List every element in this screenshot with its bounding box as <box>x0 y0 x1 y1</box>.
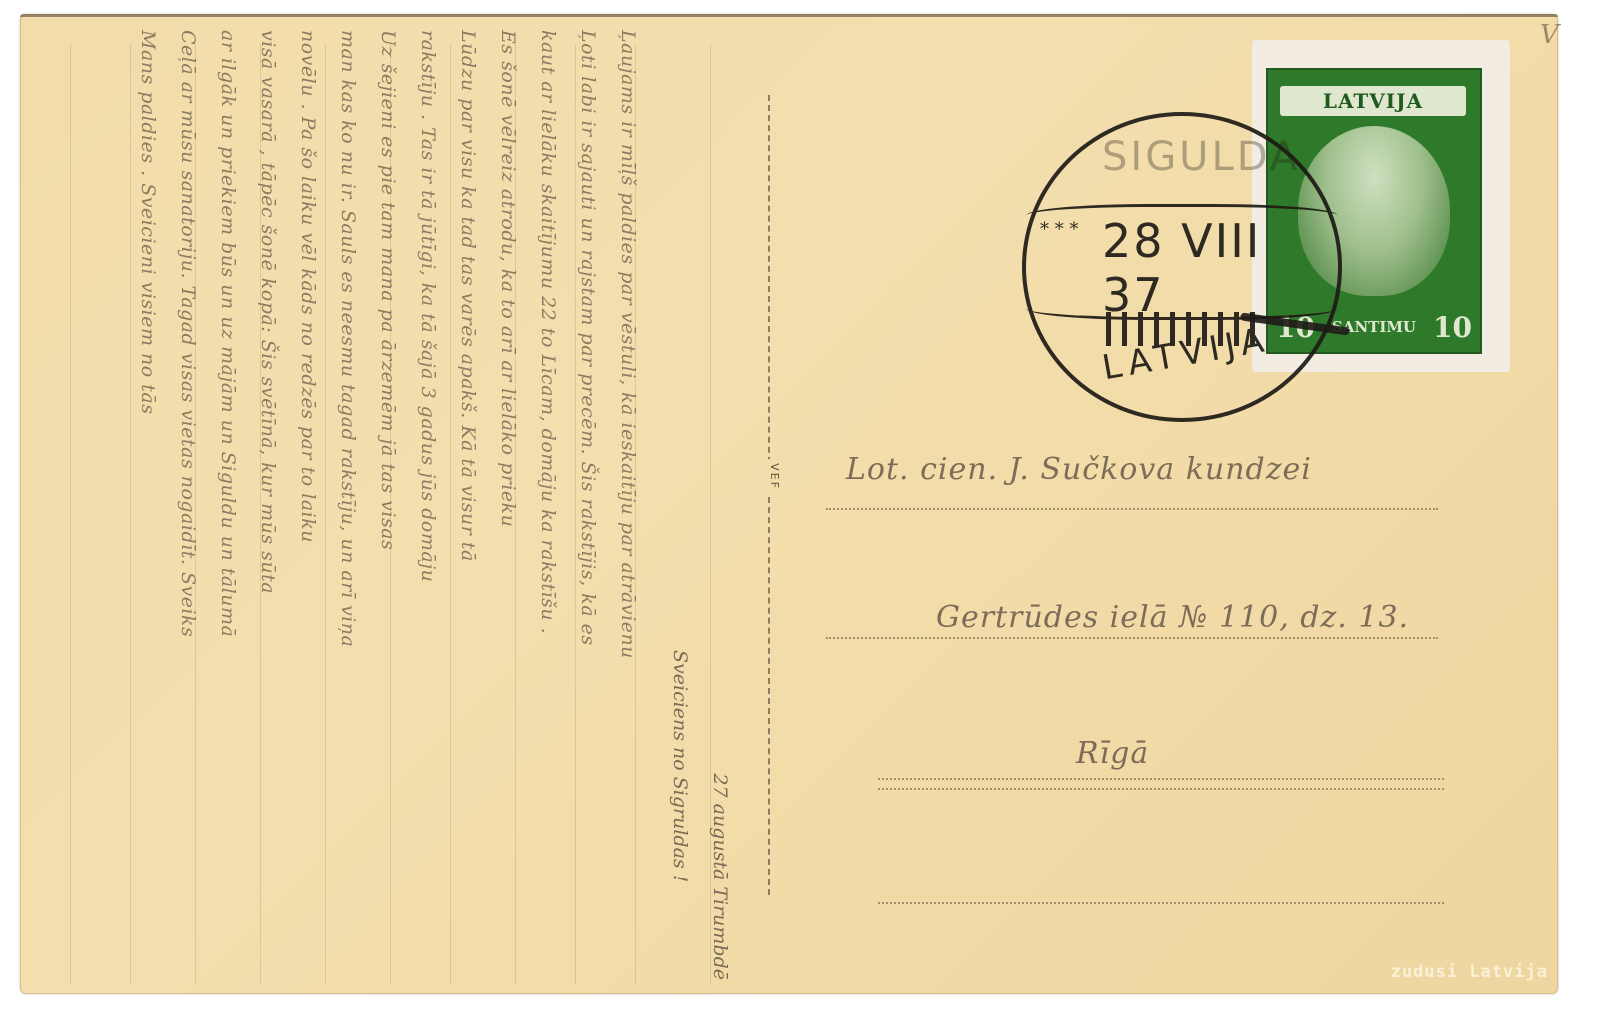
center-divider <box>768 95 770 895</box>
message-line: ar ilgāk un priekiem būs un uz mājām un … <box>208 30 248 990</box>
watermark: zudusi Latvija <box>1391 962 1548 982</box>
address-rule <box>878 778 1444 780</box>
address-line-street: Gertrūdes ielā № 110, dz. 13. <box>936 600 1409 635</box>
star-icon: * * * <box>1040 220 1078 240</box>
message-line: Ceļā ar mūsu sanatoriju. Tagad visas vie… <box>168 30 208 990</box>
postmark-date: 28 VIII 37 <box>1102 214 1338 322</box>
message-line: rakstīju . Tas ir tā jūtīgi, ka tā šajā … <box>408 30 448 990</box>
address-rule <box>878 902 1444 904</box>
postmark: SIGULDA * * * 28 VIII 37 LATVIJA <box>1022 112 1342 422</box>
address-rule <box>878 788 1444 790</box>
message-line: Lūdzu par visu ka tad tas varēs apakš. K… <box>448 30 488 990</box>
message-rotated: 27 augustā Tirumbdē Sveiciens no Sigruld… <box>40 30 740 990</box>
divider-label: VEF <box>768 459 781 494</box>
address-rule <box>826 637 1438 639</box>
message-line: Ļaujams ir mīļš paldies par vēstuli, kā … <box>608 30 648 990</box>
message-body: Ļaujams ir mīļš paldies par vēstuli, kā … <box>128 30 648 990</box>
address-rule <box>826 508 1438 510</box>
message-area: 27 augustā Tirumbdē Sveiciens no Sigruld… <box>40 30 740 990</box>
message-line: Es šonē vēlreiz atrodu, ka to arī ar lie… <box>488 30 528 990</box>
corner-mark: V <box>1540 20 1559 50</box>
message-line: visā vasarā , tāpēc šonē kopā: Šis svētī… <box>248 30 288 990</box>
address-line-recipient: Lot. cien. J. Sučkova kundzei <box>846 452 1312 487</box>
message-line: kaut ar lielāku skaitījumu 22 to Līcam, … <box>528 30 568 990</box>
message-line: novēlu . Pa šo laiku vēl kāds no redzēs … <box>288 30 328 990</box>
message-line: Uz šejieni es pie tam mana pa ārzemēm jā… <box>368 30 408 990</box>
stamp-country: LATVIJA <box>1280 86 1466 116</box>
message-line: Ļoti labi ir sajauti un rajstam par prec… <box>568 30 608 990</box>
message-date: 27 augustā Tirumbdē <box>700 773 740 980</box>
message-line: man kas ko nu ir. Sauls es neesmu tagad … <box>328 30 368 990</box>
postmark-town: SIGULDA <box>1102 134 1300 180</box>
address-line-city: Rīgā <box>1076 736 1149 771</box>
stamp-value-right: 10 <box>1433 311 1472 344</box>
message-line: Mans paldies . Sveicieni visiem no tās <box>128 30 168 990</box>
message-greeting: Sveiciens no Sigruldas ! <box>660 650 700 882</box>
